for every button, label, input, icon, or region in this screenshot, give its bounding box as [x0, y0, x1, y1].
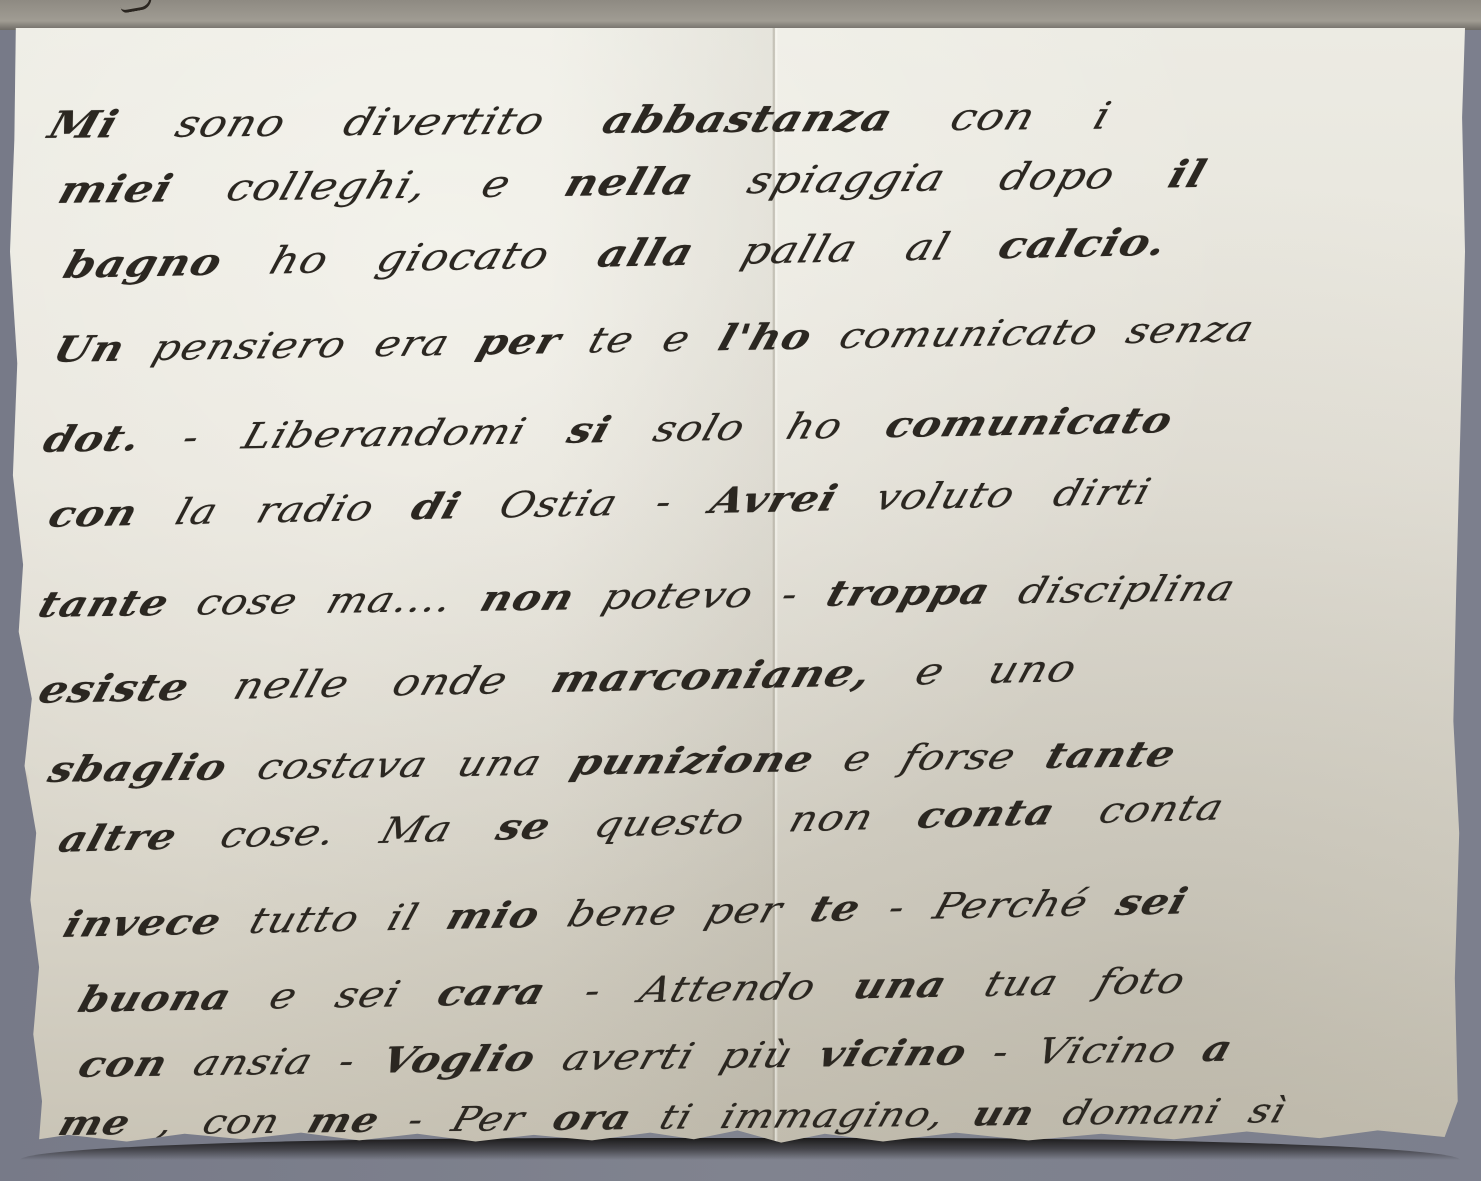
handwritten-word: il: [383, 896, 425, 939]
handwritten-word: il: [1163, 153, 1212, 197]
handwritten-word: con: [44, 492, 144, 536]
handwritten-line: dot.-Liberandomisisolohocomunicato: [45, 395, 1217, 464]
handwritten-word: te: [584, 318, 641, 361]
handwritten-word: la: [171, 490, 224, 533]
handwritten-word: ma....: [321, 578, 458, 622]
handwritten-word: bagno: [58, 240, 228, 287]
handwritten-word: -: [988, 1031, 1016, 1073]
handwritten-word: troppa: [821, 570, 995, 614]
handwritten-word: Voglio: [377, 1037, 542, 1081]
handwritten-word: tante: [1041, 733, 1182, 777]
handwritten-line: tantecosema....nonpotevo-troppadisciplin…: [40, 563, 1265, 629]
handwritten-word: -: [178, 416, 206, 458]
handwritten-word: era: [370, 322, 456, 365]
handwritten-word: se: [492, 805, 557, 848]
handwritten-word: potevo: [597, 574, 759, 618]
handwritten-word: alla: [592, 231, 700, 277]
handwritten-word: Attendo: [634, 966, 821, 1011]
handwritten-line: mieicolleghi,enellaspiaggiadopoil: [60, 148, 1262, 216]
handwritten-word: sei: [1111, 880, 1193, 923]
handwritten-word: Perché: [928, 882, 1093, 927]
handwritten-word: tante: [34, 582, 175, 626]
handwritten-word: ho: [265, 238, 335, 283]
handwritten-line: invecetuttoilmiobeneperte-Perchései: [64, 876, 1217, 949]
handwritten-word: calcio.: [993, 221, 1173, 268]
handwritten-word: mio: [441, 894, 545, 938]
handwritten-word: Liberandomi: [237, 410, 531, 457]
handwritten-word: punizione: [566, 738, 819, 783]
handwritten-word: spiaggia: [742, 156, 951, 202]
underlying-sheet-edge: [0, 0, 1481, 30]
handwritten-word: comunicato: [835, 310, 1105, 356]
handwritten-word: ora: [548, 1097, 637, 1138]
handwritten-word: conta: [1094, 786, 1229, 831]
handwritten-word: -: [651, 481, 679, 523]
handwritten-line: conlaradiodiOstia-Avreivolutodirti: [49, 466, 1190, 539]
handwritten-word: comunicato: [880, 399, 1178, 446]
handwritten-word: pensiero: [148, 323, 353, 368]
handwritten-line: altrecose.Masequestononcontaconta: [59, 781, 1270, 864]
handwritten-word: -: [883, 886, 911, 928]
handwritten-word: dopo: [994, 154, 1121, 199]
handwritten-word: averti: [557, 1035, 700, 1079]
handwritten-word: cose: [192, 580, 304, 623]
handwritten-word: e: [264, 975, 303, 1017]
handwritten-word: si: [563, 409, 617, 452]
handwritten-word: con: [74, 1042, 174, 1085]
handwritten-word: conta: [913, 791, 1061, 837]
handwritten-word: sbaglio: [44, 746, 233, 790]
handwritten-word: nelle: [228, 662, 355, 708]
handwritten-word: solo: [648, 406, 750, 449]
handwritten-word: e: [476, 162, 517, 206]
handwritten-word: sono: [171, 102, 293, 146]
handwritten-word: al: [900, 225, 955, 270]
handwritten-word: l'ho: [713, 315, 817, 358]
handwritten-word: -: [334, 1040, 362, 1082]
handwritten-word: esiste: [33, 666, 195, 713]
letter-page: Misonodivertitoabbastanzaconimieicollegh…: [10, 28, 1465, 1146]
handwritten-word: sì: [1244, 1092, 1292, 1132]
handwritten-word: giocato: [372, 234, 556, 281]
handwritten-word: uno: [983, 647, 1082, 692]
handwritten-word: domani: [1058, 1092, 1226, 1133]
handwritten-word: vicino: [813, 1031, 972, 1075]
handwritten-word: questo: [590, 799, 751, 845]
handwritten-word: te: [805, 887, 866, 930]
handwritten-word: buona: [74, 976, 237, 1021]
handwritten-line: conansia-Voglioavertipiùvicino-Vicinoa: [80, 1024, 1261, 1089]
handwritten-word: voluto: [871, 473, 1021, 518]
handwritten-word: per: [473, 320, 567, 363]
handwritten-word: e: [839, 737, 878, 779]
handwritten-word: abbastanza: [598, 96, 899, 142]
handwritten-word: colleghi,: [221, 164, 433, 210]
handwritten-word: per: [700, 889, 787, 932]
handwritten-word: onde: [387, 659, 513, 705]
handwritten-word: non: [784, 796, 879, 840]
handwritten-word: invece: [59, 900, 228, 945]
handwritten-word: a: [1197, 1027, 1238, 1069]
handwritten-word: ansia: [189, 1040, 319, 1083]
handwritten-line: Unpensieroeraperteel'hocomunicatosenza: [55, 304, 1285, 374]
handwritten-word: tua: [980, 961, 1065, 1004]
handwritten-word: immagino,: [715, 1095, 950, 1137]
handwritten-word: senza: [1122, 308, 1260, 352]
handwritten-word: miei: [53, 167, 178, 212]
handwritten-line: esistenelleondemarconiane,euno: [39, 642, 1122, 716]
handwritten-word: una: [849, 963, 953, 1006]
handwritten-word: -: [776, 573, 804, 615]
handwritten-word: non: [475, 576, 580, 619]
handwritten-word: più: [715, 1034, 798, 1077]
handwritten-word: Per: [447, 1100, 530, 1140]
handwritten-word: i: [1088, 95, 1117, 139]
handwritten-line: Misonodivertitoabbastanzaconi: [50, 90, 1170, 151]
handwritten-word: con: [945, 95, 1041, 139]
handwritten-word: forse: [897, 735, 1022, 778]
handwritten-word: Un: [49, 327, 131, 370]
handwritten-word: Mi: [43, 103, 124, 147]
handwritten-word: una: [452, 742, 547, 785]
handwritten-word: altre: [54, 815, 183, 860]
handwritten-word: cara: [433, 970, 552, 1014]
handwritten-word: costava: [252, 743, 433, 787]
handwritten-word: e: [910, 650, 950, 694]
handwritten-word: nella: [559, 160, 699, 205]
handwritten-line: buonaeseicara-Attendounatuafoto: [80, 955, 1226, 1024]
handwritten-word: tutto: [245, 897, 366, 941]
handwritten-word: foto: [1092, 959, 1192, 1002]
handwritten-word: e: [658, 317, 697, 359]
handwritten-word: Vicino: [1031, 1028, 1182, 1072]
handwritten-word: marconiane,: [546, 651, 877, 701]
handwritten-word: Avrei: [706, 477, 844, 522]
handwritten-word: Ma: [376, 808, 458, 852]
handwritten-word: ho: [782, 405, 849, 448]
handwritten-word: disciplina: [1013, 567, 1241, 612]
handwritten-line: bagnohogiocatoallapallaalcalcio.: [64, 216, 1216, 291]
handwritten-word: bene: [563, 891, 683, 935]
handwritten-word: dirti: [1048, 470, 1156, 514]
handwritten-line: sbagliocostavaunapunizioneeforsetante: [50, 729, 1208, 794]
handwritten-word: un: [968, 1093, 1041, 1134]
handwritten-word: dot.: [39, 417, 147, 461]
ink-stroke-fragment: [119, 0, 153, 14]
handwritten-word: Ostia: [494, 482, 623, 526]
handwritten-word: cose.: [216, 811, 342, 856]
handwritten-word: sei: [330, 973, 406, 1016]
letter-body: Misonodivertitoabbastanzaconimieicollegh…: [10, 28, 1465, 1146]
handwritten-word: -: [579, 969, 607, 1011]
handwritten-word: palla: [737, 227, 864, 273]
handwritten-word: di: [407, 485, 467, 528]
handwritten-word: ti: [654, 1098, 697, 1138]
handwritten-word: radio: [251, 487, 379, 531]
handwritten-word: divertito: [338, 99, 551, 144]
